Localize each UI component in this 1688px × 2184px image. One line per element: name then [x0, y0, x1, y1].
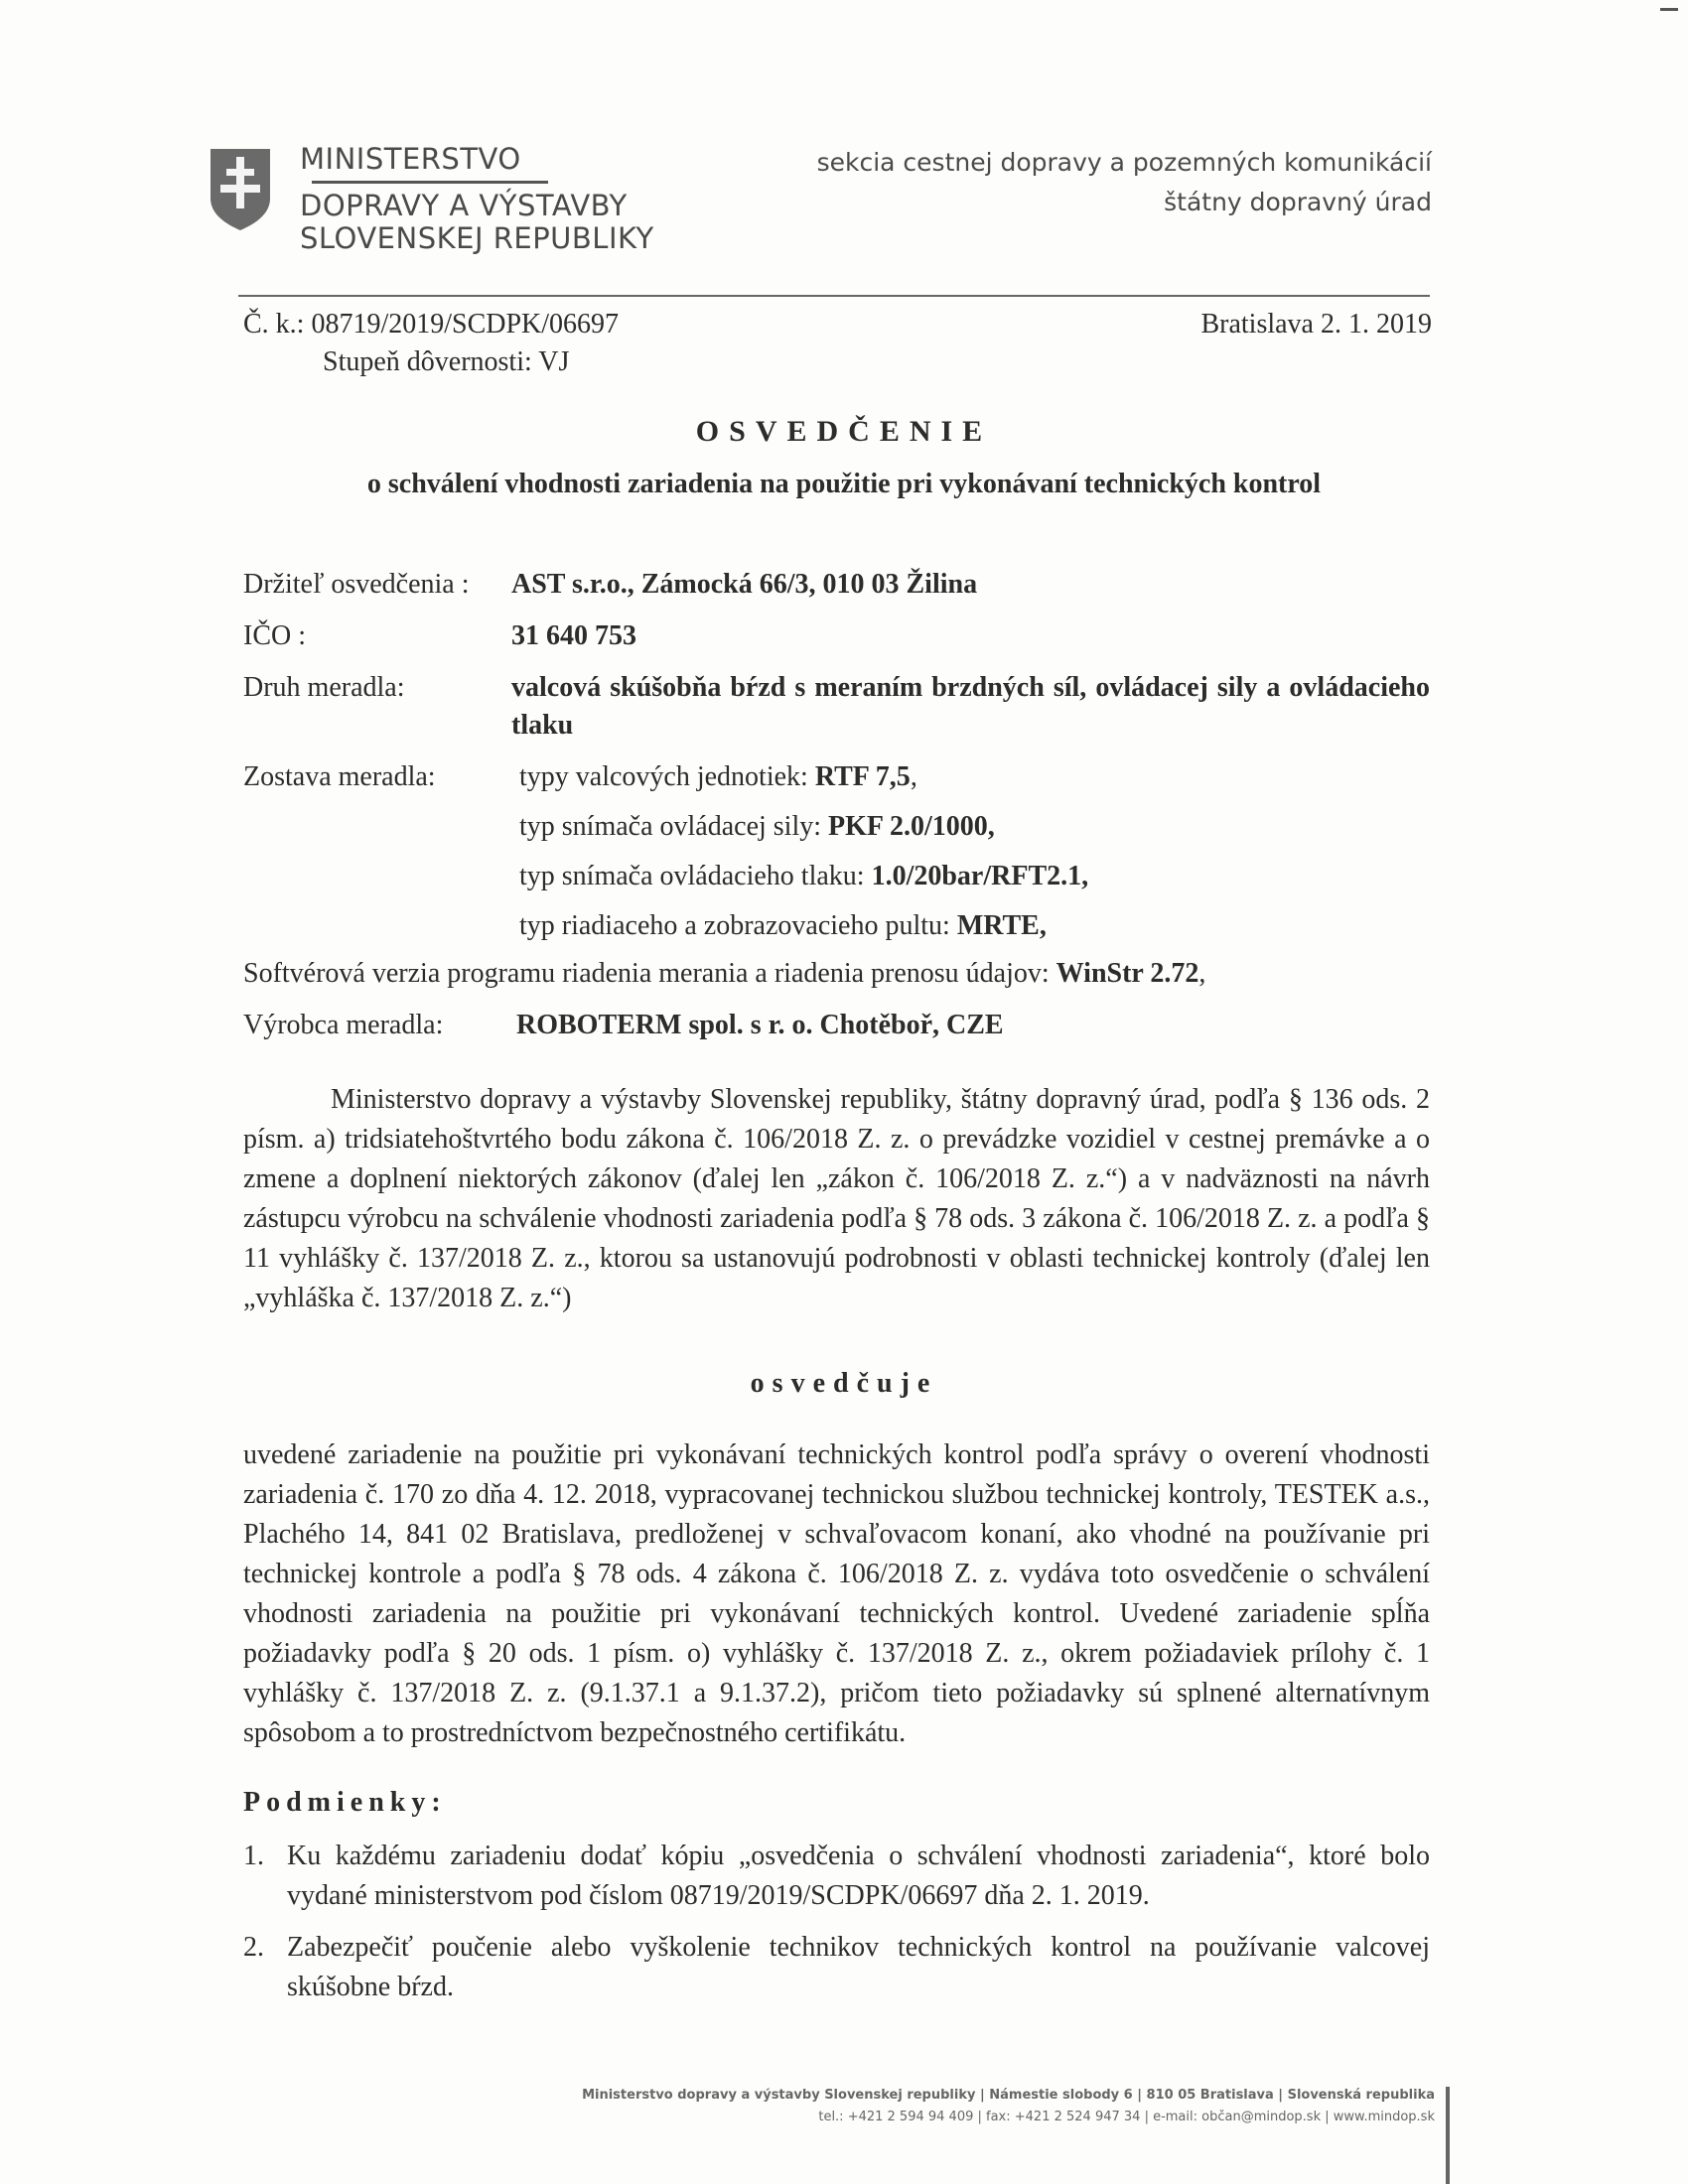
field-meter-set: Zostava meradla: typy valcových jednotie…	[243, 758, 1430, 957]
footer-address: Ministerstvo dopravy a výstavby Slovensk…	[582, 2085, 1435, 2107]
set-item: typ snímača ovládacieho tlaku: 1.0/20bar…	[519, 858, 1430, 895]
field-label: Softvérová verzia programu riadenia mera…	[243, 955, 1050, 993]
certifies-heading: osvedčuje	[0, 1368, 1688, 1400]
condition-item: 1. Ku každému zariadeniu dodať kópiu „os…	[243, 1837, 1430, 1916]
field-manufacturer: Výrobca meradla: ROBOTERM spol. s r. o. …	[243, 1007, 1430, 1044]
field-label: Zostava meradla:	[243, 758, 511, 957]
section-info: sekcia cestnej dopravy a pozemných komun…	[817, 143, 1432, 222]
ministry-name-line-2: DOPRAVY A VÝSTAVBY	[300, 190, 654, 222]
field-ico: IČO : 31 640 753	[243, 617, 1430, 655]
condition-item: 2. Zabezpečiť poučenie alebo vyškolenie …	[243, 1928, 1430, 2007]
footer-contacts: tel.: +421 2 594 94 409 | fax: +421 2 52…	[582, 2107, 1435, 2128]
footer: Ministerstvo dopravy a výstavby Slovensk…	[582, 2085, 1435, 2128]
intro-paragraph: Ministerstvo dopravy a výstavby Slovensk…	[243, 1080, 1430, 1318]
set-item: typ riadiaceho a zobrazovacieho pultu: M…	[519, 907, 1430, 945]
conditions-list: 1. Ku každému zariadeniu dodať kópiu „os…	[243, 1837, 1430, 2019]
ministry-name-divider	[312, 181, 548, 184]
field-label: Držiteľ osvedčenia :	[243, 566, 511, 604]
header-divider	[238, 295, 1430, 297]
field-label: Výrobca meradla:	[243, 1007, 516, 1044]
field-value: 31 640 753	[511, 617, 1430, 655]
field-value: valcová skúšobňa bŕzd s meraním brzdných…	[511, 669, 1430, 745]
field-software: Softvérová verzia programu riadenia mera…	[243, 955, 1430, 993]
confidentiality-level: Stupeň dôvernosti: VJ	[243, 343, 619, 381]
reference-block: Č. k.: 08719/2019/SCDPK/06697 Stupeň dôv…	[243, 306, 619, 381]
crest-icon	[209, 147, 272, 232]
field-value: typy valcových jednotiek: RTF 7,5, typ s…	[511, 758, 1430, 957]
field-meter-type: Druh meradla: valcová skúšobňa bŕzd s me…	[243, 669, 1430, 745]
document-subtitle: o schválení vhodnosti zariadenia na použ…	[0, 469, 1688, 500]
field-value: ROBOTERM spol. s r. o. Chotěboř, CZE	[516, 1007, 1430, 1044]
section-name: sekcia cestnej dopravy a pozemných komun…	[817, 143, 1432, 183]
ministry-name-line-3: SLOVENSKEJ REPUBLIKY	[300, 222, 654, 255]
field-value: AST s.r.o., Zámocká 66/3, 010 03 Žilina	[511, 566, 1430, 604]
set-item: typ snímača ovládacej sily: PKF 2.0/1000…	[519, 808, 1430, 846]
ministry-name-line-1: MINISTERSTVO	[300, 143, 654, 176]
reference-number: Č. k.: 08719/2019/SCDPK/06697	[243, 309, 619, 340]
field-label: Druh meradla:	[243, 669, 511, 745]
document-title: OSVEDČENIE	[0, 415, 1688, 449]
place-date: Bratislava 2. 1. 2019	[1200, 306, 1432, 343]
field-value: WinStr 2.72	[1056, 955, 1199, 993]
field-holder: Držiteľ osvedčenia : AST s.r.o., Zámocká…	[243, 566, 1430, 604]
office-name: štátny dopravný úrad	[817, 183, 1432, 222]
scan-artifact	[1660, 8, 1678, 11]
footer-divider	[1446, 2087, 1450, 2184]
certification-paragraph: uvedené zariadenie na použitie pri vykon…	[243, 1435, 1430, 1753]
certificate-fields: Držiteľ osvedčenia : AST s.r.o., Zámocká…	[243, 566, 1430, 1044]
set-item: typy valcových jednotiek: RTF 7,5,	[519, 758, 1430, 796]
ministry-name: MINISTERSTVO DOPRAVY A VÝSTAVBY SLOVENSK…	[300, 143, 654, 255]
field-label: IČO :	[243, 617, 511, 655]
conditions-heading: Podmienky:	[243, 1787, 447, 1819]
